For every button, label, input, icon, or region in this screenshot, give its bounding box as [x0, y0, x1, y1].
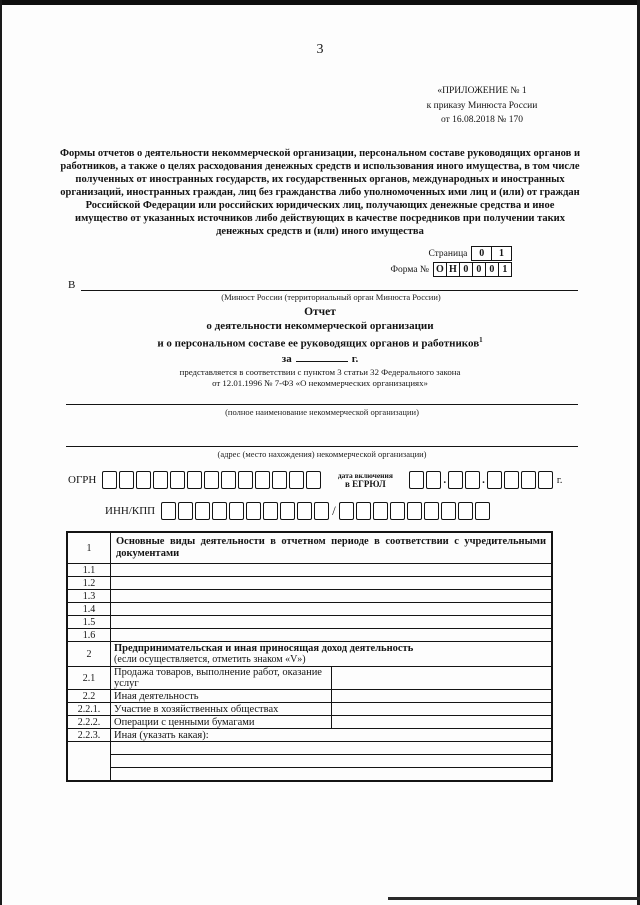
- legal-basis-line1: представляется в соответствии с пунктом …: [0, 367, 640, 379]
- checkbox-cell: [331, 690, 552, 703]
- merged-number-cell: [67, 742, 111, 782]
- ogrn-row: ОГРН дата включения в ЕГРЮЛ . . г.: [68, 471, 562, 489]
- row-number: 2.2.1.: [67, 703, 111, 716]
- year-blank-field: [296, 351, 348, 362]
- kpp-digit-box: [424, 502, 439, 520]
- year-prefix: за: [282, 353, 292, 365]
- ogrn-digit-box: [170, 471, 185, 489]
- table-row: [67, 755, 552, 768]
- form-number-label: Форма №: [391, 265, 429, 275]
- row-label: Участие в хозяйственных обществах: [111, 703, 332, 716]
- ogrn-digit-box: [306, 471, 321, 489]
- page-digit-cell: 0: [471, 246, 492, 261]
- form-number-row: Форма № О Н 0 0 0 1: [300, 262, 512, 277]
- scanned-form-page: 3 «ПРИЛОЖЕНИЕ № 1 к приказу Минюста Росс…: [0, 0, 640, 905]
- appendix-line-3: от 16.08.2018 № 170: [382, 113, 582, 128]
- kpp-digit-box: [339, 502, 354, 520]
- row-number: 1: [67, 532, 111, 564]
- inn-digit-box: [263, 502, 278, 520]
- report-title: Отчет: [0, 305, 640, 319]
- kpp-digit-box: [475, 502, 490, 520]
- scan-border-bottom: [388, 897, 640, 900]
- inn-kpp-separator: /: [332, 503, 336, 519]
- appendix-line-1: «ПРИЛОЖЕНИЕ № 1: [382, 84, 582, 99]
- inn-digit-boxes: [161, 502, 329, 520]
- ogrn-digit-box: [187, 471, 202, 489]
- table-row: 2.2.2. Операции с ценными бумагами: [67, 716, 552, 729]
- activity-table-wrap: 1 Основные виды деятельности в отчетном …: [66, 531, 553, 782]
- inn-digit-box: [280, 502, 295, 520]
- footnote-marker: 1: [479, 336, 483, 344]
- date-digit-box: [538, 471, 553, 489]
- table-row: 1.6: [67, 629, 552, 642]
- section-note: (если осуществляется, отметить знаком «V…: [114, 654, 548, 665]
- table-row: [67, 742, 552, 755]
- row-number: 1.5: [67, 616, 111, 629]
- appendix-note: «ПРИЛОЖЕНИЕ № 1 к приказу Минюста России…: [382, 84, 582, 128]
- row-label: Продажа товаров, выполнение работ, оказа…: [111, 667, 332, 690]
- date-separator: .: [482, 471, 485, 489]
- date-digit-box: [448, 471, 463, 489]
- row-label: Иная (указать какая):: [111, 729, 553, 742]
- table-row: 1.2: [67, 577, 552, 590]
- scan-border-top: [0, 0, 640, 5]
- inn-digit-box: [161, 502, 176, 520]
- row-number: 1.1: [67, 564, 111, 577]
- recipient-prefix: В: [68, 279, 75, 291]
- date-digit-box: [465, 471, 480, 489]
- row-number: 1.3: [67, 590, 111, 603]
- ogrn-digit-box: [221, 471, 236, 489]
- intro-paragraph: Формы отчетов о деятельности некоммерчес…: [58, 147, 582, 238]
- kpp-digit-box: [356, 502, 371, 520]
- org-name-blank-line: [66, 404, 578, 405]
- inn-digit-box: [178, 502, 193, 520]
- ogrn-digit-box: [153, 471, 168, 489]
- year-abbr-label: г.: [557, 475, 562, 486]
- page-counter-row: Страница 0 1: [300, 246, 512, 261]
- empty-fill-cell: [111, 768, 553, 782]
- kpp-digit-boxes: [339, 502, 490, 520]
- recipient-line: В: [68, 277, 578, 291]
- recipient-caption: (Минюст России (территориальный орган Ми…: [68, 292, 578, 302]
- inn-digit-box: [212, 502, 227, 520]
- section-title: Предпринимательская и иная приносящая до…: [114, 643, 548, 655]
- row-number: 2: [67, 642, 111, 667]
- empty-fill-cell: [111, 742, 553, 755]
- checkbox-cell: [331, 667, 552, 690]
- inn-kpp-label: ИНН/КПП: [105, 505, 155, 517]
- ogrn-digit-box: [289, 471, 304, 489]
- table-row: 2.2.3. Иная (указать какая):: [67, 729, 552, 742]
- table-row: 1.5: [67, 616, 552, 629]
- date-separator: .: [443, 471, 446, 489]
- legal-basis-line2: от 12.01.1996 № 7-ФЗ «О некоммерческих о…: [0, 378, 640, 390]
- page-digit-cell: 1: [491, 246, 512, 261]
- form-code-cell: 1: [498, 262, 512, 277]
- kpp-digit-box: [407, 502, 422, 520]
- inn-digit-box: [229, 502, 244, 520]
- egrul-date-label: дата включения в ЕГРЮЛ: [329, 472, 401, 488]
- row-label: Операции с ценными бумагами: [111, 716, 332, 729]
- page-number: 3: [0, 42, 640, 58]
- date-digit-box: [487, 471, 502, 489]
- date-digit-box: [426, 471, 441, 489]
- scan-border-left: [0, 0, 2, 905]
- kpp-digit-box: [390, 502, 405, 520]
- row-number: 2.2.2.: [67, 716, 111, 729]
- report-title-line3: и о персональном составе ее руководящих …: [0, 333, 640, 351]
- kpp-digit-box: [373, 502, 388, 520]
- page-counter-cells: 0 1: [472, 246, 512, 261]
- table-row: 2.1 Продажа товаров, выполнение работ, о…: [67, 667, 552, 690]
- inn-digit-box: [297, 502, 312, 520]
- row-number: 1.6: [67, 629, 111, 642]
- row-number: 2.2: [67, 690, 111, 703]
- empty-fill-cell: [111, 603, 553, 616]
- row-label: Иная деятельность: [111, 690, 332, 703]
- recipient-blank-line: [81, 277, 578, 291]
- org-address-caption: (адрес (место нахождения) некоммерческой…: [66, 449, 578, 459]
- appendix-line-2: к приказу Минюста России: [382, 99, 582, 114]
- org-name-caption: (полное наименование некоммерческой орга…: [66, 407, 578, 417]
- empty-fill-cell: [111, 616, 553, 629]
- empty-fill-cell: [111, 755, 553, 768]
- year-suffix: г.: [352, 353, 359, 365]
- inn-digit-box: [246, 502, 261, 520]
- ogrn-label: ОГРН: [68, 474, 96, 486]
- row-label: Основные виды деятельности в отчетном пе…: [111, 532, 553, 564]
- form-meta-block: Страница 0 1 Форма № О Н 0 0 0 1: [300, 246, 512, 278]
- table-row: 1.1: [67, 564, 552, 577]
- form-code-cells: О Н 0 0 0 1: [434, 262, 512, 277]
- table-row: 2.2.1. Участие в хозяйственных обществах: [67, 703, 552, 716]
- report-title-line2: о деятельности некоммерческой организаци…: [0, 319, 640, 333]
- ogrn-digit-boxes: [102, 471, 321, 489]
- row-number: 2.1: [67, 667, 111, 690]
- empty-fill-cell: [111, 590, 553, 603]
- recipient-block: В (Минюст России (территориальный орган …: [68, 277, 578, 302]
- activity-table: 1 Основные виды деятельности в отчетном …: [66, 531, 553, 782]
- table-row: 2 Предпринимательская и иная приносящая …: [67, 642, 552, 667]
- table-row: 1 Основные виды деятельности в отчетном …: [67, 532, 552, 564]
- checkbox-cell: [331, 703, 552, 716]
- kpp-digit-box: [441, 502, 456, 520]
- inn-digit-box: [195, 502, 210, 520]
- empty-fill-cell: [111, 577, 553, 590]
- row-number: 1.2: [67, 577, 111, 590]
- table-row: 2.2 Иная деятельность: [67, 690, 552, 703]
- inn-kpp-row: ИНН/КПП /: [105, 502, 490, 520]
- row-number: 1.4: [67, 603, 111, 616]
- report-title-block: Отчет о деятельности некоммерческой орга…: [0, 305, 640, 390]
- ogrn-digit-box: [136, 471, 151, 489]
- date-digit-box: [521, 471, 536, 489]
- date-digit-box: [504, 471, 519, 489]
- ogrn-digit-box: [119, 471, 134, 489]
- egrul-month-boxes: [448, 471, 480, 489]
- inn-digit-box: [314, 502, 329, 520]
- empty-fill-cell: [111, 564, 553, 577]
- ogrn-digit-box: [204, 471, 219, 489]
- empty-fill-cell: [111, 629, 553, 642]
- table-row: [67, 768, 552, 782]
- ogrn-digit-box: [255, 471, 270, 489]
- row-label: Предпринимательская и иная приносящая до…: [111, 642, 553, 667]
- table-row: 1.3: [67, 590, 552, 603]
- ogrn-digit-box: [272, 471, 287, 489]
- org-address-blank-line: [66, 446, 578, 447]
- table-row: 1.4: [67, 603, 552, 616]
- ogrn-digit-box: [238, 471, 253, 489]
- egrul-day-boxes: [409, 471, 441, 489]
- kpp-digit-box: [458, 502, 473, 520]
- ogrn-digit-box: [102, 471, 117, 489]
- egrul-year-boxes: [487, 471, 553, 489]
- date-digit-box: [409, 471, 424, 489]
- checkbox-cell: [331, 716, 552, 729]
- row-number: 2.2.3.: [67, 729, 111, 742]
- report-year-line: заг.: [0, 351, 640, 367]
- page-counter-label: Страница: [428, 249, 467, 259]
